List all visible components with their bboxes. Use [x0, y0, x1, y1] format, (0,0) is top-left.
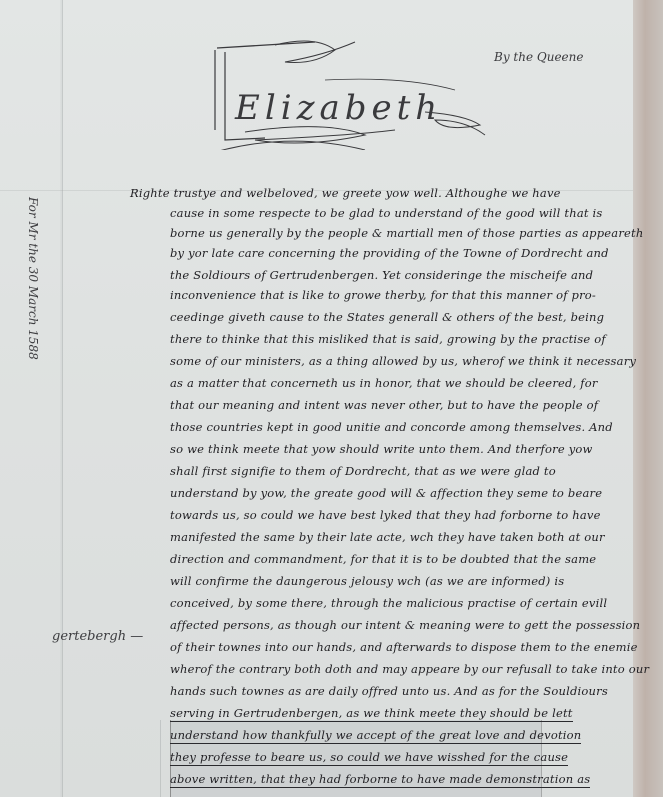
text-line: of their townes into our hands, and afte…: [170, 640, 638, 654]
text-line: those countries kept in good unitie and …: [170, 420, 613, 434]
text-line: serving in Gertrudenbergen, as we think …: [170, 706, 573, 722]
text-line: affected persons, as though our intent &…: [170, 618, 640, 632]
text-line: manifested the same by their late acte, …: [170, 530, 605, 544]
superscription: By the Queene: [494, 50, 583, 64]
text-line: some of our ministers, as a thing allowe…: [170, 354, 636, 368]
text-line: the Soldiours of Gertrudenbergen. Yet co…: [170, 268, 593, 282]
text-line: wherof the contrary both doth and may ap…: [170, 662, 649, 676]
manuscript-page: Elizabeth By the Queene For Mr the 30 Ma…: [0, 0, 663, 797]
text-line: as a matter that concerneth us in honor,…: [170, 376, 598, 390]
margin-note: gertebergh —: [52, 629, 143, 644]
text-line: borne us generally by the people & marti…: [170, 226, 643, 240]
endorsement: For Mr the 30 March 1588: [18, 200, 38, 420]
text-line: above written, that they had forborne to…: [170, 772, 590, 788]
endorsement-text: For Mr the 30 March 1588: [26, 197, 40, 417]
text-line: will confirme the daungerous jelousy wch…: [170, 574, 564, 588]
text-line: by yor late care concerning the providin…: [170, 246, 609, 260]
text-line: inconvenience that is like to growe ther…: [170, 288, 596, 302]
text-line: there to thinke that this misliked that …: [170, 332, 606, 346]
royal-signature: Elizabeth: [205, 40, 505, 150]
text-line: shall first signifie to them of Dordrech…: [170, 464, 556, 478]
text-line: direction and commandment, for that it i…: [170, 552, 596, 566]
text-line: conceived, by some there, through the ma…: [170, 596, 607, 610]
fold-line: [62, 0, 63, 797]
fold-line: [160, 720, 161, 797]
text-line: towards us, so could we have best lyked …: [170, 508, 601, 522]
text-line: that our meaning and intent was never ot…: [170, 398, 598, 412]
text-line: Righte trustye and welbeloved, we greete…: [130, 186, 561, 200]
signature-text: Elizabeth: [235, 88, 442, 128]
text-line: hands such townes as are daily offred un…: [170, 684, 608, 698]
text-line: understand by yow, the greate good will …: [170, 486, 602, 500]
text-line: cause in some respecte to be glad to und…: [170, 206, 603, 220]
text-line: ceedinge giveth cause to the States gene…: [170, 310, 604, 324]
text-line: understand how thankfully we accept of t…: [170, 728, 581, 744]
paper-edge: [633, 0, 663, 797]
text-line: so we think meete that yow should write …: [170, 442, 593, 456]
text-line: they professe to beare us, so could we h…: [170, 750, 568, 766]
